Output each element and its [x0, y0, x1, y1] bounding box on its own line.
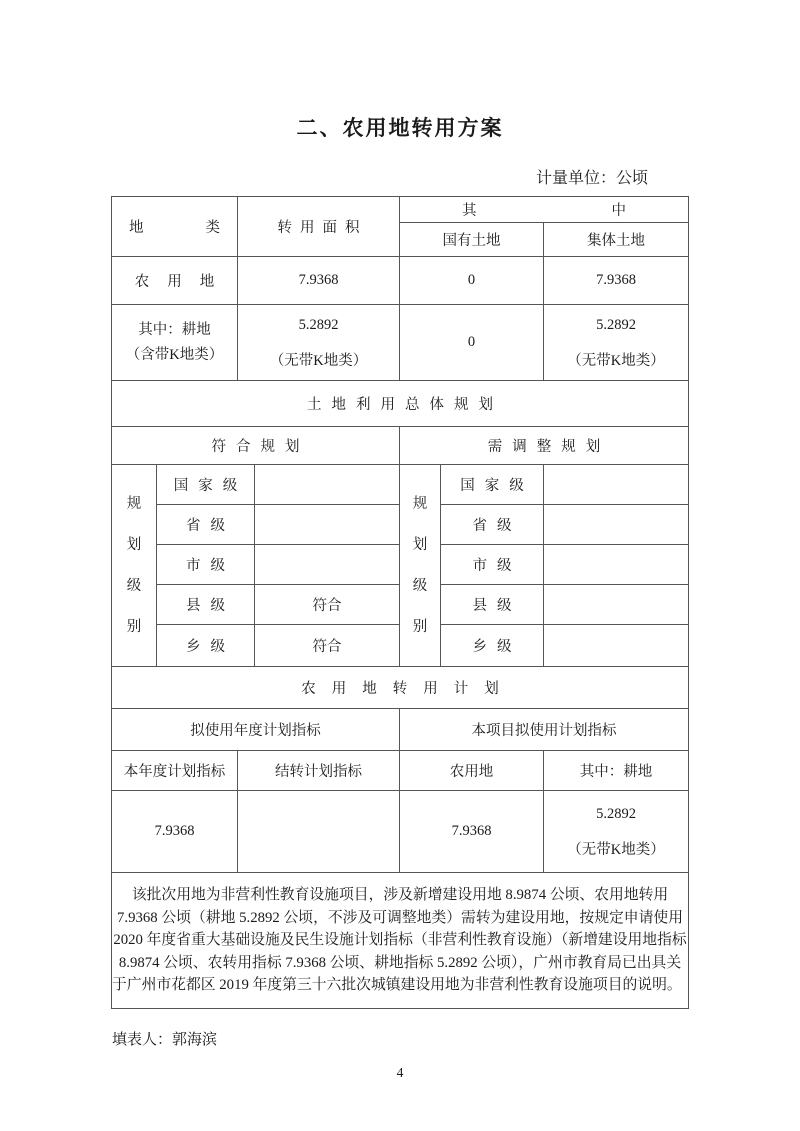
document-page: 二、农用地转用方案 计量单位：公顷 地类 转用面积 其中 国有土地 集体土地 农…: [0, 0, 800, 1131]
cultivated-label-line2: （含带K地类）: [112, 343, 237, 368]
planning-right-value-county: [544, 585, 689, 625]
planning-right-level-province: 省级: [441, 505, 544, 545]
table-row: 规划级别 国家级 规划级别 国家级: [112, 465, 689, 505]
cultivated-area-value: 5.2892: [238, 313, 399, 337]
planning-right-level-county: 县级: [441, 585, 544, 625]
planning-right-level-township: 乡级: [441, 625, 544, 667]
plan-section-title: 农用地转用计划: [112, 667, 689, 709]
header-land-type: 地类: [112, 197, 238, 257]
planning-right-level-city: 市级: [441, 545, 544, 585]
cell-cultivated-state-owned: 0: [400, 305, 544, 381]
planning-left-axis-label: 规划级别: [126, 484, 142, 648]
land-conversion-table: 地类 转用面积 其中 国有土地 集体土地 农用地 7.9368 0 7.9368…: [111, 196, 689, 1009]
page-number: 4: [0, 1065, 800, 1081]
plan-left-header: 拟使用年度计划指标: [112, 709, 400, 751]
plan-cultivated-cell: 5.2892 （无带K地类）: [544, 791, 689, 873]
planning-right-axis-label: 规划级别: [412, 484, 428, 648]
header-collective-land: 集体土地: [544, 223, 689, 257]
planning-right-level-national: 国家级: [441, 465, 544, 505]
planning-section-title: 土地利用总体规划: [112, 381, 689, 427]
plan-col-current-year: 本年度计划指标: [112, 751, 238, 791]
header-among: 其中: [400, 197, 689, 223]
cell-agricultural-label: 农用地: [112, 257, 238, 305]
cell-agricultural-area: 7.9368: [238, 257, 400, 305]
planning-left-level-province: 省级: [157, 505, 255, 545]
planning-left-header: 符合规划: [112, 427, 400, 465]
cell-cultivated-label: 其中：耕地 （含带K地类）: [112, 305, 238, 381]
plan-current-year-value: 7.9368: [112, 791, 238, 873]
planning-right-value-city: [544, 545, 689, 585]
section-title: 二、农用地转用方案: [0, 112, 800, 142]
planning-left-value-province: [255, 505, 400, 545]
cultivated-collective-value: 5.2892: [544, 313, 688, 337]
cell-cultivated-collective: 5.2892 （无带K地类）: [544, 305, 689, 381]
planning-left-value-national: [255, 465, 400, 505]
planning-right-value-township: [544, 625, 689, 667]
header-among-label: 其中: [400, 199, 688, 220]
planning-left-level-national: 国家级: [157, 465, 255, 505]
plan-col-carryover: 结转计划指标: [238, 751, 400, 791]
plan-agricultural-value: 7.9368: [400, 791, 544, 873]
planning-right-axis: 规划级别: [400, 465, 441, 667]
planning-left-level-county: 县级: [157, 585, 255, 625]
cell-agricultural-collective: 7.9368: [544, 257, 689, 305]
planning-left-level-township: 乡级: [157, 625, 255, 667]
table-row: 7.9368 7.9368 5.2892 （无带K地类）: [112, 791, 689, 873]
planning-right-header: 需调整规划: [400, 427, 689, 465]
cultivated-area-note: （无带K地类）: [238, 349, 399, 373]
planning-left-level-city: 市级: [157, 545, 255, 585]
plan-carryover-value: [238, 791, 400, 873]
planning-left-axis: 规划级别: [112, 465, 157, 667]
header-state-owned-land: 国有土地: [400, 223, 544, 257]
cell-agricultural-state-owned: 0: [400, 257, 544, 305]
plan-col-cultivated: 其中：耕地: [544, 751, 689, 791]
header-land-type-label: 地类: [112, 216, 237, 237]
planning-left-value-county: 符合: [255, 585, 400, 625]
plan-right-header: 本项目拟使用计划指标: [400, 709, 689, 751]
planning-right-value-national: [544, 465, 689, 505]
table-row: 农用地 7.9368 0 7.9368: [112, 257, 689, 305]
cultivated-collective-note: （无带K地类）: [544, 349, 688, 373]
preparer-line: 填表人：郭海滨: [112, 1028, 217, 1049]
plan-col-agricultural: 农用地: [400, 751, 544, 791]
planning-left-value-township: 符合: [255, 625, 400, 667]
planning-left-value-city: [255, 545, 400, 585]
measurement-unit-note: 计量单位：公顷: [536, 165, 648, 188]
header-conversion-area: 转用面积: [238, 197, 400, 257]
cultivated-label-line1: 其中：耕地: [112, 318, 237, 343]
cell-cultivated-area: 5.2892 （无带K地类）: [238, 305, 400, 381]
planning-right-value-province: [544, 505, 689, 545]
plan-cultivated-value: 5.2892: [544, 802, 688, 826]
remark-paragraph: 该批次用地为非营利性教育设施项目，涉及新增建设用地 8.9874 公顷、农用地转…: [112, 873, 689, 1009]
table-row: 其中：耕地 （含带K地类） 5.2892 （无带K地类） 0 5.2892 （无…: [112, 305, 689, 381]
plan-cultivated-note: （无带K地类）: [544, 838, 688, 862]
